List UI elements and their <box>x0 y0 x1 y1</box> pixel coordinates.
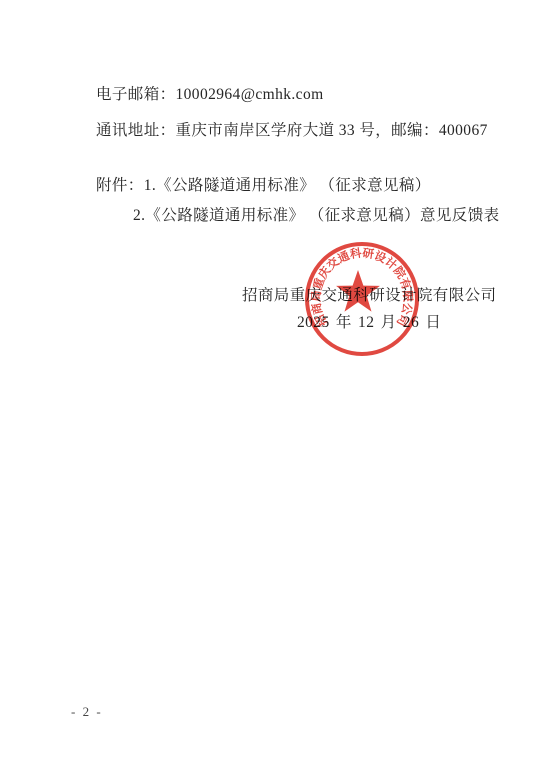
official-seal: 招商局重庆交通科研设计院有限公司 <box>302 239 422 359</box>
address-line: 通讯地址：重庆市南岸区学府大道 33 号，邮编：400067 <box>96 122 488 139</box>
attachment-line-2: 2.《公路隧道通用标准》 （征求意见稿）意见反馈表 <box>133 207 500 224</box>
page-number: - 2 - <box>71 704 103 720</box>
star-icon <box>336 270 380 312</box>
email-line: 电子邮箱：10002964@cmhk.com <box>96 86 324 103</box>
attachment-line-1: 附件：1.《公路隧道通用标准》 （征求意见稿） <box>96 177 431 194</box>
document-page: 电子邮箱：10002964@cmhk.com 通讯地址：重庆市南岸区学府大道 3… <box>0 0 550 778</box>
